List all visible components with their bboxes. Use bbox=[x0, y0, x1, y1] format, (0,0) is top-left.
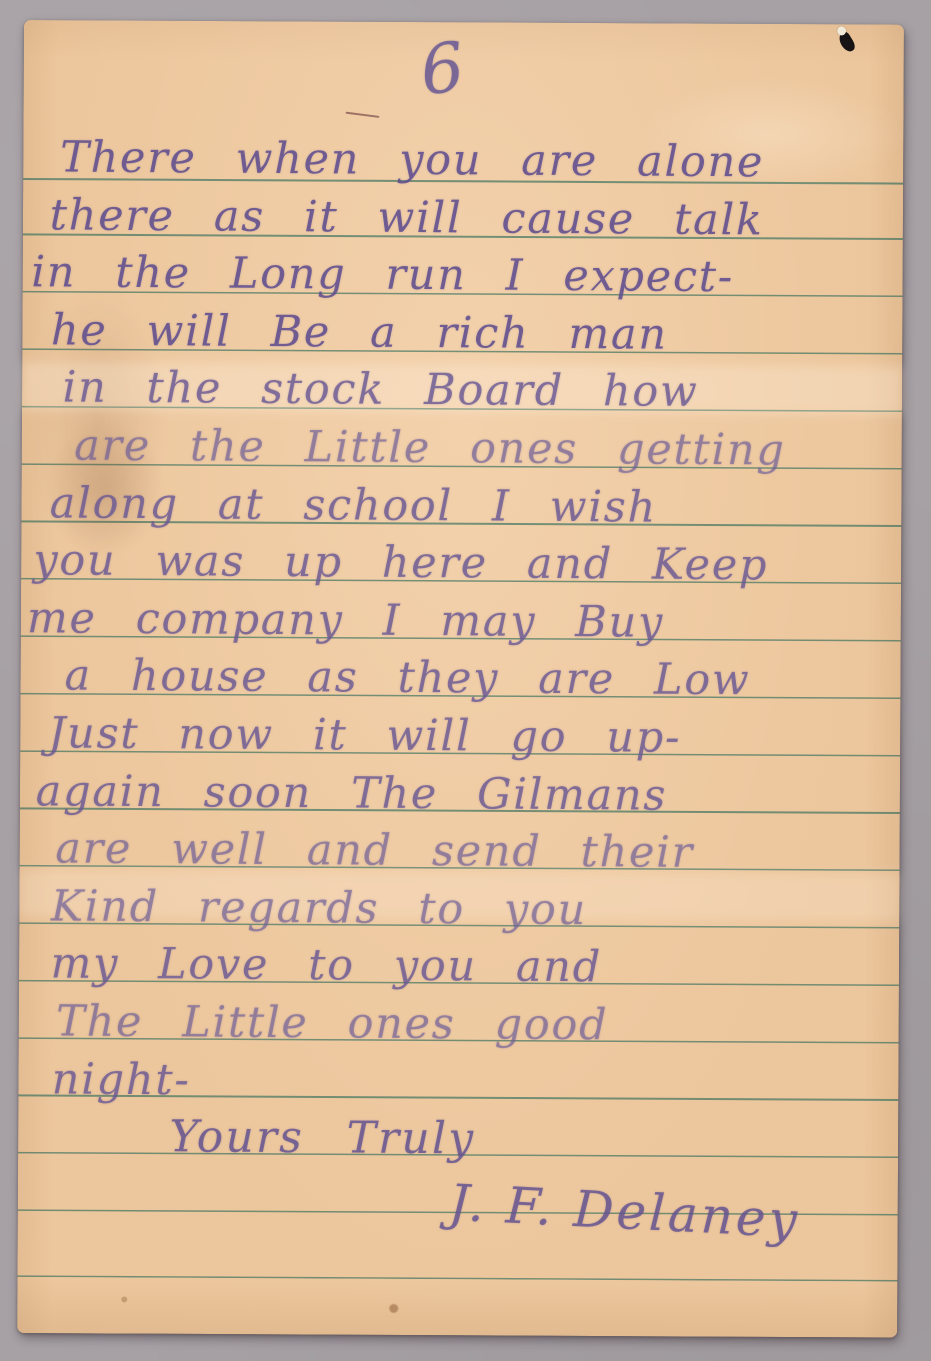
handwriting-line: along at school I wish bbox=[50, 473, 658, 535]
handwriting-line: a house as they are Low bbox=[64, 646, 750, 709]
handwriting-line: There when you are alone bbox=[60, 127, 764, 190]
handwriting-line: me company I may Buy bbox=[27, 588, 664, 650]
letter-paper-sheet: There when you are alone there as it wil… bbox=[17, 20, 904, 1338]
handwriting-line: in the stock Board how bbox=[62, 358, 698, 420]
handwriting-line: again soon The Gilmans bbox=[36, 761, 668, 823]
handwriting-line: are the Little ones getting bbox=[74, 416, 786, 479]
closing-line: Yours Truly bbox=[169, 1107, 475, 1167]
page-number: 6 bbox=[417, 34, 468, 107]
handwriting-line: night- bbox=[52, 1049, 191, 1108]
handwriting-line: in the Long run I expect- bbox=[31, 242, 734, 305]
signature: J. F. Delaney bbox=[447, 1163, 802, 1261]
handwriting-line: my Love to you and bbox=[50, 933, 602, 995]
handwriting-line: there as it will cause talk bbox=[50, 185, 764, 248]
handwriting-layer: There when you are alone there as it wil… bbox=[16, 19, 905, 1338]
handwriting-line: The Little ones good bbox=[56, 991, 609, 1053]
handwriting-line: you was up here and Keep bbox=[33, 530, 768, 593]
handwriting-line: he will Be a rich man bbox=[51, 300, 668, 362]
scan-background: { "document": { "type": "handwritten let… bbox=[0, 0, 931, 1361]
handwriting-line: Kind regards to you bbox=[51, 876, 587, 938]
handwriting-line: Just now it will go up- bbox=[48, 703, 681, 765]
handwriting-line: are well and send their bbox=[55, 818, 694, 880]
